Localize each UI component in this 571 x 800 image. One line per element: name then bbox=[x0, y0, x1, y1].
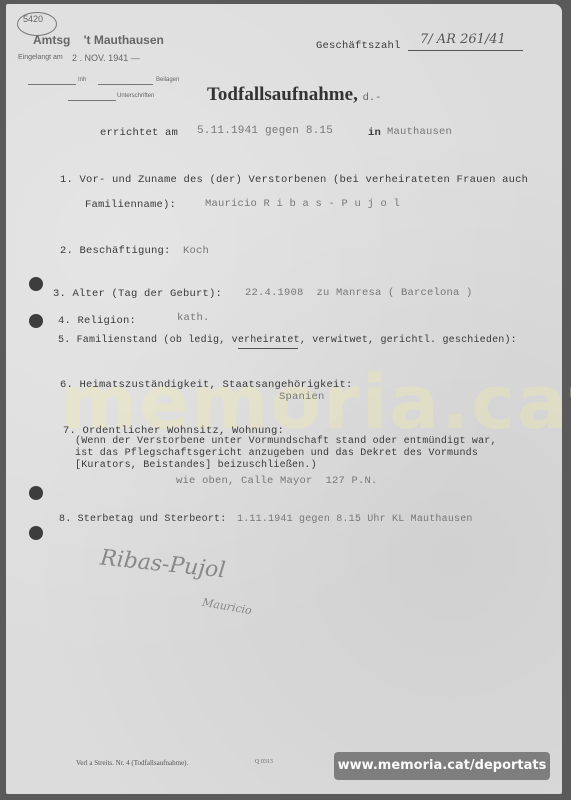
field-5-label: 5. Familienstand (ob ledig, verheiratet,… bbox=[58, 335, 517, 346]
stamp-beilagen-label: Beilagen bbox=[156, 77, 179, 83]
punch-hole bbox=[29, 526, 43, 540]
field-2-label: 2. Beschäftigung: bbox=[60, 245, 171, 257]
field-1-label-2: Familienname): bbox=[85, 199, 176, 211]
punch-hole bbox=[29, 486, 43, 500]
field-7-note-2: ist das Pflegschaftsgericht anzugeben un… bbox=[75, 448, 478, 459]
title-suffix: d.- bbox=[363, 92, 382, 104]
errichtet-in-label: in bbox=[368, 127, 381, 139]
title-main: Todfallsaufnahme, bbox=[207, 84, 358, 105]
field-2-value: Koch bbox=[183, 245, 209, 257]
field-8-value: 1.11.1941 gegen 8.15 Uhr KL Mauthausen bbox=[237, 514, 473, 525]
errichtet-date: 5.11.1941 gegen 8.15 bbox=[197, 125, 333, 137]
field-7-value: wie oben, Calle Mayor 127 P.N. bbox=[176, 475, 378, 487]
field-5-selected-underline bbox=[238, 348, 298, 349]
page-title: Todfallsaufnahme, d.- bbox=[207, 84, 381, 106]
geschaeftszahl-label: Geschäftszahl bbox=[316, 40, 401, 52]
errichtet-place: Mauthausen bbox=[387, 126, 452, 138]
stamp-inh-label: Inh bbox=[78, 77, 86, 83]
field-6-label: 6. Heimatszuständigkeit, Staatsangehörig… bbox=[60, 379, 353, 391]
geschaeftszahl-line bbox=[408, 50, 523, 51]
punch-hole bbox=[29, 277, 43, 291]
geschaeftszahl-value: 7/ AR 261/41 bbox=[420, 32, 506, 47]
source-badge: www.memoria.cat/deportats bbox=[334, 752, 550, 780]
form-code: Q 0313 bbox=[255, 759, 273, 765]
stamp-line bbox=[28, 84, 76, 85]
stamp-unterschrift-label: Unterschriften bbox=[117, 93, 154, 99]
field-1-label: 1. Vor- und Zuname des (der) Verstorbene… bbox=[60, 174, 528, 186]
errichtet-label: errichtet am bbox=[100, 127, 178, 139]
field-3-label: 3. Alter (Tag der Geburt): bbox=[53, 288, 222, 300]
punch-hole bbox=[29, 314, 43, 328]
archive-number: 5420 bbox=[23, 14, 43, 24]
field-8-label: 8. Sterbetag und Sterbeort: bbox=[59, 514, 226, 525]
field-3-value: 22.4.1908 zu Manresa ( Barcelona ) bbox=[245, 287, 473, 299]
field-7-note-3: [Kurators, Beistandes] beizuschließen.) bbox=[75, 460, 317, 471]
stamp-received-label: Eingelangt am bbox=[18, 54, 63, 61]
form-reference: Verl a Streits. Nr. 4 (Todfallsaufnahme)… bbox=[76, 759, 188, 767]
stamp-line bbox=[68, 100, 116, 101]
stamp-office: Amtsg 't Mauthausen bbox=[33, 33, 164, 47]
stamp-line bbox=[98, 84, 153, 85]
field-7-note-1: (Wenn der Verstorbene unter Vormundschaf… bbox=[75, 436, 497, 447]
field-4-label: 4. Religion: bbox=[58, 315, 136, 327]
field-4-value: kath. bbox=[177, 312, 210, 324]
field-6-value: Spanien bbox=[279, 391, 325, 403]
field-1-value: Mauricio R i b a s - P u j o l bbox=[205, 198, 400, 210]
stamp-received-date: 2 . NOV. 1941 — bbox=[72, 53, 140, 63]
